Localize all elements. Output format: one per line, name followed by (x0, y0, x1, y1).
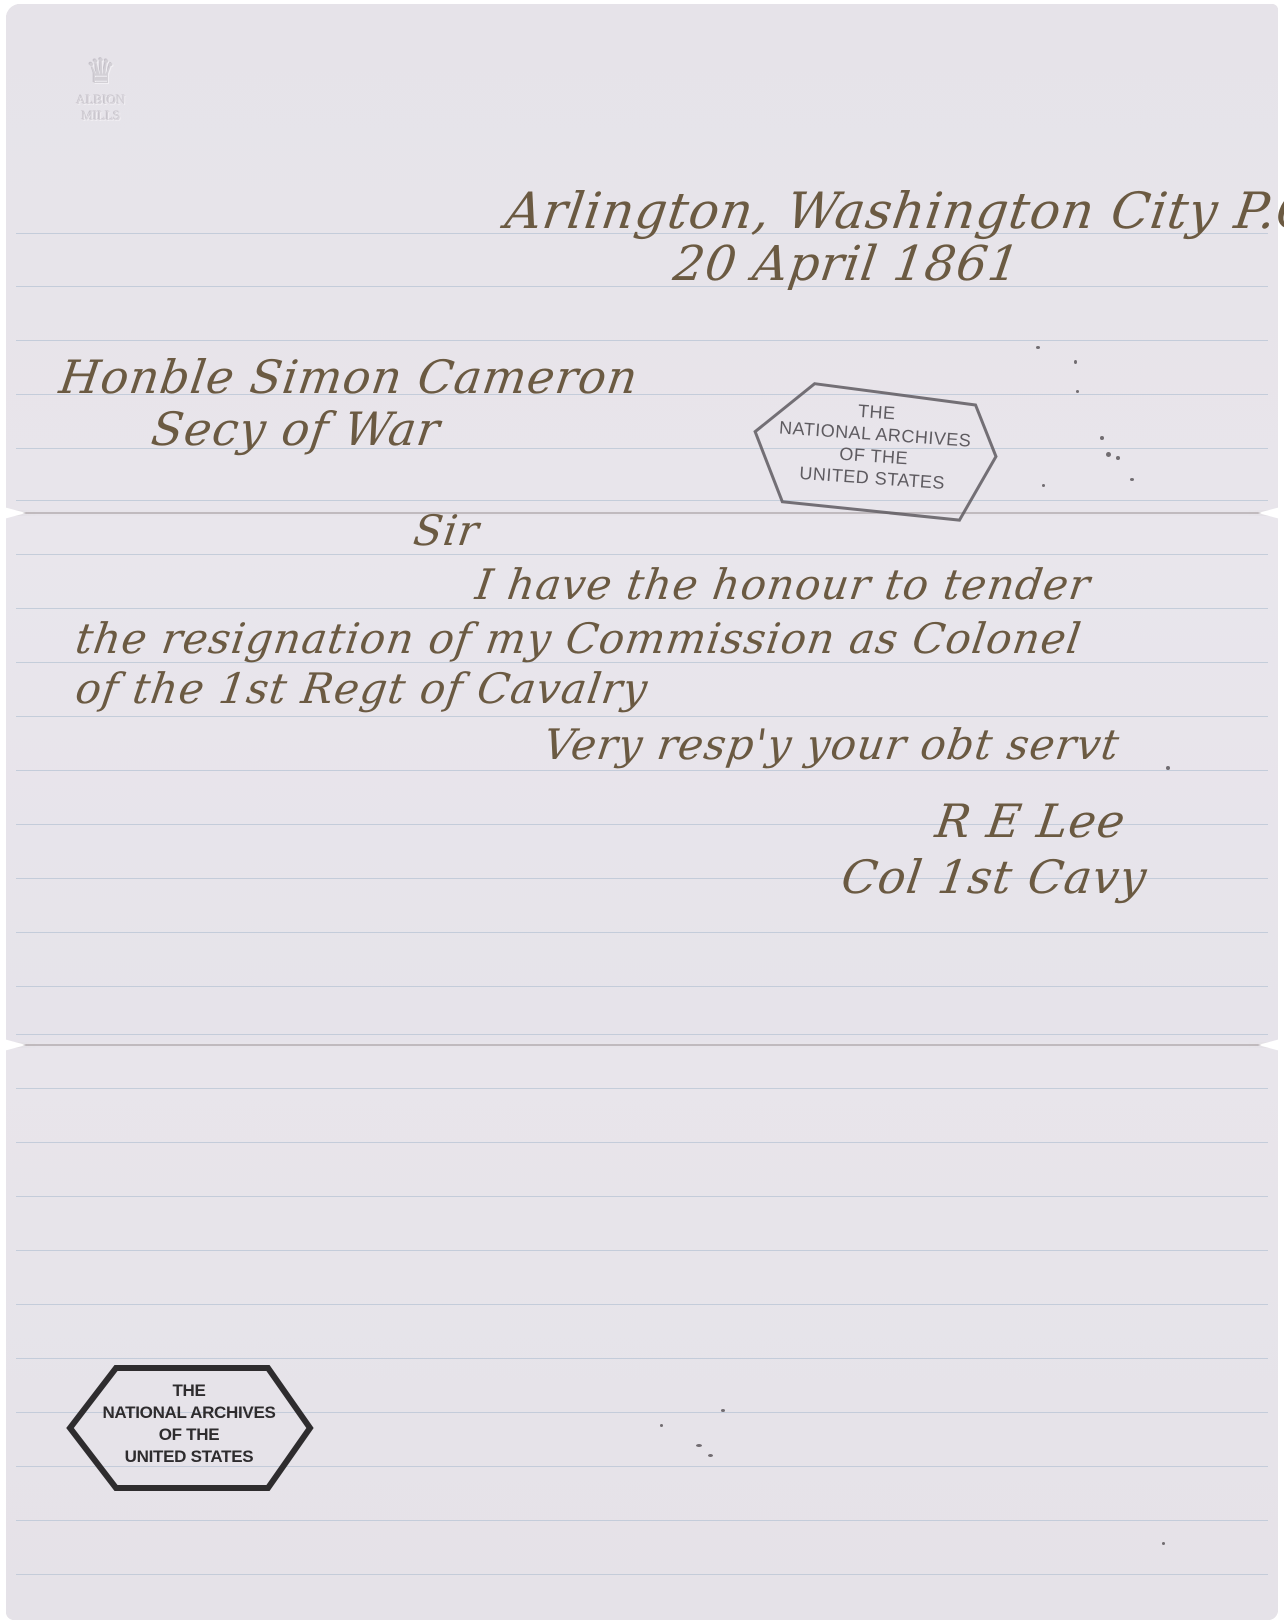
national-archives-stamp-upper: THE NATIONAL ARCHIVES OF THE UNITED STAT… (746, 376, 1003, 529)
signature-rank: Col 1st Cavy (838, 850, 1150, 904)
letter-sheet: ♛ ALBION MILLS Arlington, Washington Cit… (6, 4, 1278, 1620)
embossed-mark: ♛ ALBION MILLS (56, 54, 146, 164)
body-line-1: I have the honour to tender (473, 560, 1094, 609)
heading-date: 20 April 1861 (670, 236, 1024, 292)
addressee-title: Secy of War (148, 402, 444, 456)
stamp-line-2: NATIONAL ARCHIVES (64, 1402, 314, 1423)
fold-line-upper (16, 512, 1268, 514)
stamp-line-4: UNITED STATES (64, 1446, 314, 1467)
fold-line-lower (16, 1044, 1268, 1046)
closing: Very resp'y your obt servt (541, 720, 1123, 769)
signature-name: R E Lee (932, 794, 1129, 848)
stamp-line-1: THE (64, 1380, 314, 1401)
national-archives-stamp-lower: THE NATIONAL ARCHIVES OF THE UNITED STAT… (64, 1364, 314, 1492)
emboss-line-2: MILLS (56, 108, 146, 124)
heading-place: Arlington, Washington City P.O. (502, 182, 1284, 240)
emboss-line-1: ALBION (56, 92, 146, 108)
fold-panel-bottom (6, 1048, 1278, 1620)
stamp-line-3: OF THE (64, 1424, 314, 1445)
salutation: Sir (411, 506, 483, 555)
addressee-name: Honble Simon Cameron (56, 350, 642, 404)
body-line-3: of the 1st Regt of Cavalry (73, 664, 652, 713)
body-line-2: the resignation of my Commission as Colo… (73, 614, 1085, 663)
crown-icon: ♛ (56, 54, 146, 92)
